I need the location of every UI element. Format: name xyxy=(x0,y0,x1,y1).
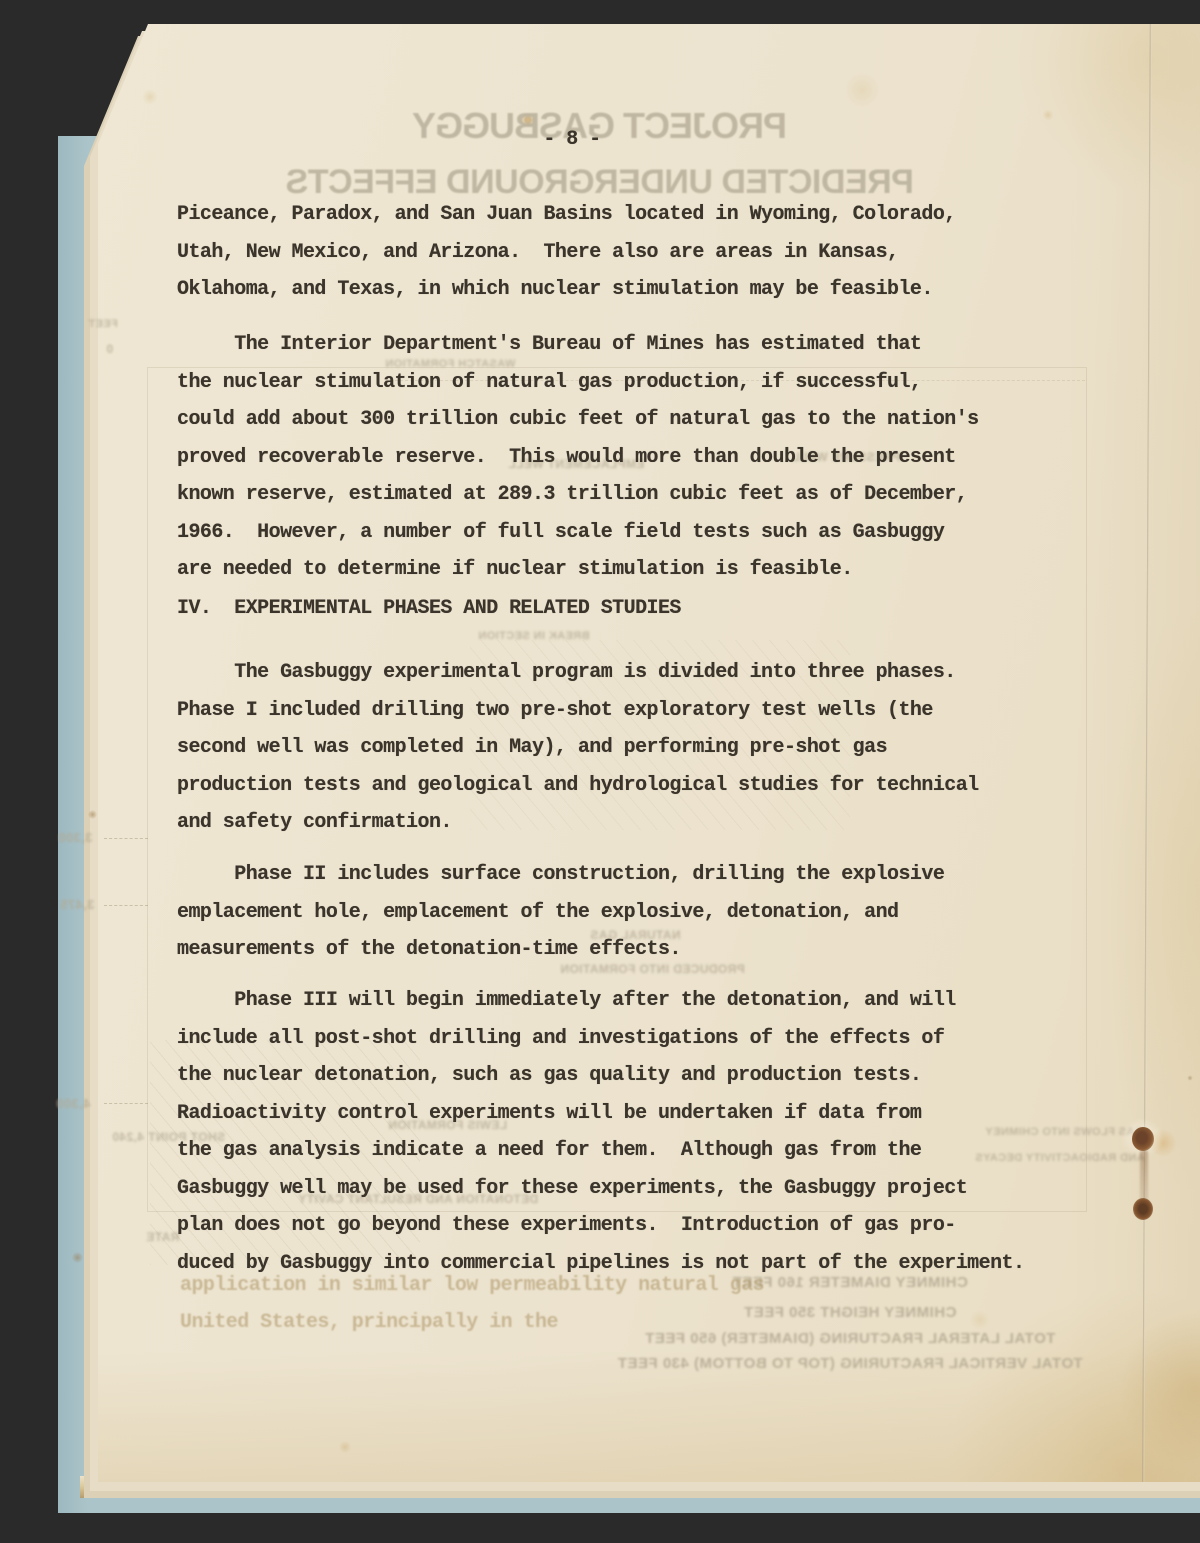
foxing-dot-2 xyxy=(72,1252,83,1263)
ghost-depth-3300: 3,300 xyxy=(58,830,93,845)
ghost-depth-3475: 3,475 xyxy=(60,897,95,912)
paragraph-1: Piceance, Paradox, and San Juan Basins l… xyxy=(177,196,1057,309)
page-number: - 8 - xyxy=(177,121,967,159)
staple-top-rust xyxy=(1132,1127,1154,1151)
ghost-legend-line-4: TOTAL VERTICAL FRACTURING (TOP TO BOTTOM… xyxy=(500,1355,1200,1372)
staple-bottom-rust xyxy=(1133,1198,1153,1220)
scanned-document-photo: PROJECT GASBUGGY PREDICTED UNDERGROUND E… xyxy=(0,0,1200,1543)
paragraph-5: Phase III will begin immediately after t… xyxy=(177,982,1057,1282)
ghost-tick-3475 xyxy=(104,905,148,906)
paragraph-3: The Gasbuggy experimental program is div… xyxy=(177,654,1057,842)
ghost-legend-line-2: CHIMNEY HEIGHT 350 FEET xyxy=(500,1304,1200,1321)
ghost-tick-3300 xyxy=(104,838,148,839)
ghost-tick-4300 xyxy=(104,1103,148,1104)
ghost-legend-line-3: TOTAL LATERAL FRACTURING (DIAMETER) 650 … xyxy=(500,1330,1200,1347)
section-heading: IV. EXPERIMENTAL PHASES AND RELATED STUD… xyxy=(177,590,1057,628)
paragraph-4: Phase II includes surface construction, … xyxy=(177,856,1057,969)
ghost-label-rate: RATE xyxy=(146,1230,179,1244)
staple-streak xyxy=(1140,1150,1148,1202)
paragraph-2: The Interior Department's Bureau of Mine… xyxy=(177,326,1057,589)
ghost-axis-zero: 0 xyxy=(106,342,113,356)
showthrough-typed-line-2: United States, principally in the xyxy=(180,1304,558,1342)
ghost-axis-feet: FEET xyxy=(88,318,118,330)
ghost-break-label: BREAK IN SECTION xyxy=(478,630,590,642)
foxing-dot-1 xyxy=(88,810,97,819)
ghost-depth-4300: 4,300 xyxy=(56,1096,91,1111)
